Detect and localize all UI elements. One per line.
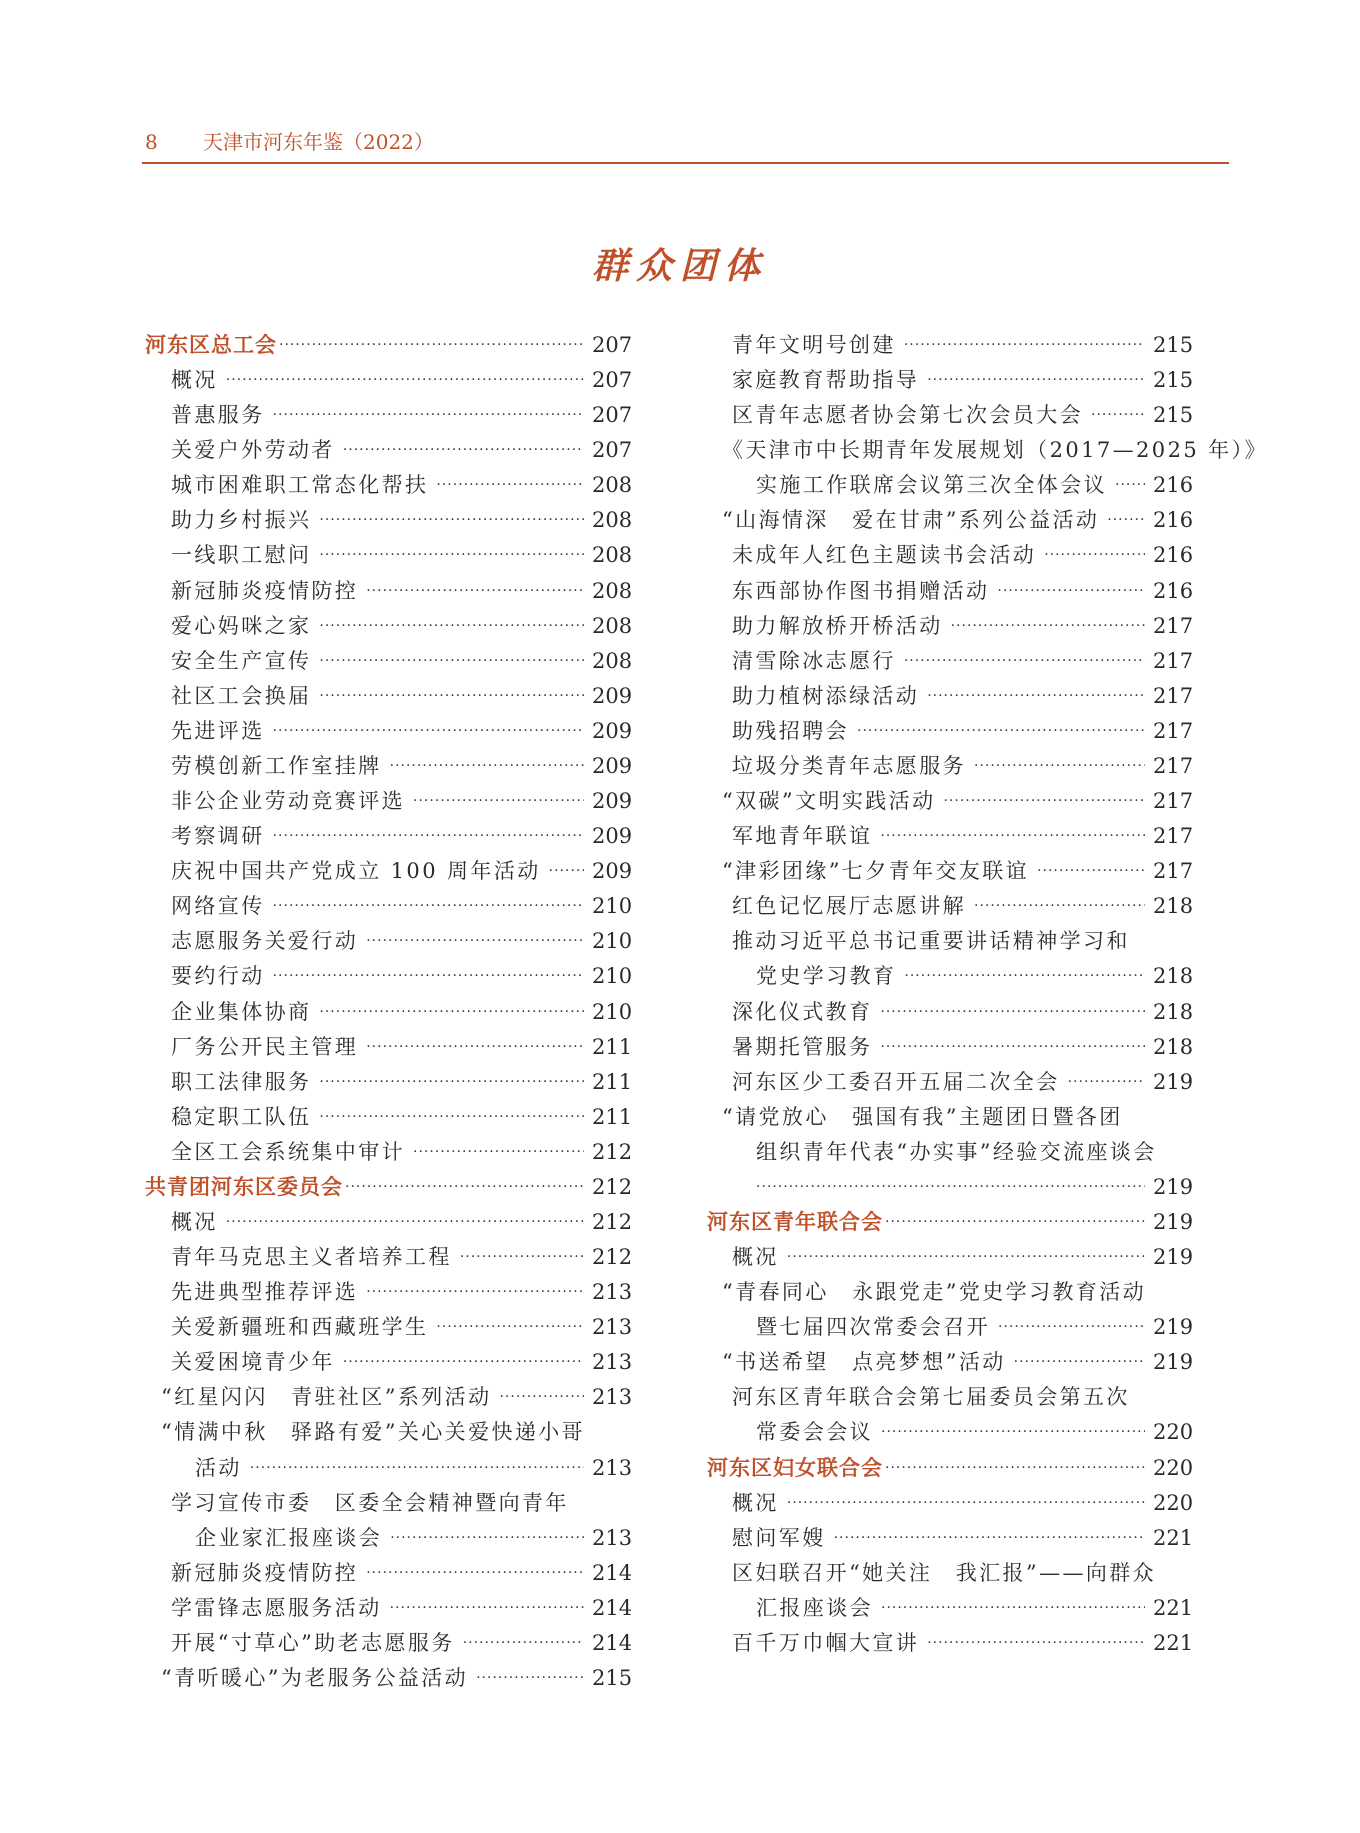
toc-entry-title: 常委会会议 — [756, 1417, 873, 1447]
dot-leader — [904, 646, 1145, 676]
toc-entry-title: 活动 — [195, 1453, 242, 1483]
toc-entry-title: 关爱新疆班和西藏班学生 — [171, 1312, 428, 1342]
toc-page-number: 213 — [592, 1453, 632, 1483]
toc-page-number: 215 — [1153, 400, 1193, 430]
toc-entry[interactable]: 东西部协作图书捐赠活动216 — [732, 576, 1193, 606]
toc-entry[interactable]: 推动习近平总书记重要讲话精神学习和 — [732, 926, 1193, 956]
dot-leader — [756, 1172, 1145, 1202]
dot-leader — [904, 330, 1145, 360]
dot-leader — [279, 330, 584, 360]
toc-entry-title: 垃圾分类青年志愿服务 — [732, 751, 966, 781]
toc-entry-title: 军地青年联谊 — [732, 821, 872, 851]
toc-entry-title: 先进评选 — [171, 716, 265, 746]
toc-page-number: 220 — [1153, 1453, 1193, 1483]
toc-entry[interactable]: 新冠肺炎疫情防控208 — [171, 576, 632, 606]
toc-page-number: 219 — [1153, 1172, 1193, 1202]
toc-page-number: 210 — [592, 891, 632, 921]
dot-leader — [904, 961, 1145, 991]
dot-leader — [319, 611, 584, 641]
toc-page-number: 217 — [1153, 786, 1193, 816]
toc-entry[interactable]: 先进典型推荐评选213 — [171, 1277, 632, 1307]
dot-leader — [834, 1523, 1145, 1553]
toc-entry[interactable]: 实施工作联席会议第三次全体会议216 — [756, 470, 1193, 500]
dot-leader — [951, 611, 1145, 641]
toc-entry[interactable]: 暑期托管服务218 — [732, 1032, 1193, 1062]
toc-page-number: 218 — [1153, 891, 1193, 921]
toc-entry[interactable]: 组织青年代表“办实事”经验交流座谈会 — [756, 1137, 1193, 1167]
toc-page-number: 217 — [1153, 751, 1193, 781]
toc-entry[interactable]: 区青年志愿者协会第七次会员大会215 — [732, 400, 1193, 430]
toc-entry-title: “山海情深 爱在甘肃”系列公益活动 — [722, 505, 1099, 535]
toc-entry-title: 安全生产宣传 — [171, 646, 311, 676]
header-rule — [142, 162, 1229, 164]
toc-page-number: 219 — [1153, 1242, 1193, 1272]
dot-leader — [998, 1312, 1145, 1342]
toc-page-number: 214 — [592, 1628, 632, 1658]
toc-page-number: 218 — [1153, 997, 1193, 1027]
toc-entry-title: 助力植树添绿活动 — [732, 681, 919, 711]
dot-leader — [499, 1382, 584, 1412]
dot-leader — [880, 1032, 1145, 1062]
toc-entry-title: “书送希望 点亮梦想”活动 — [722, 1347, 1006, 1377]
toc-entry-title: 汇报座谈会 — [756, 1593, 873, 1623]
toc-page-number: 209 — [592, 751, 632, 781]
dot-leader — [1044, 540, 1145, 570]
book-title: 天津市河东年鉴（2022） — [203, 130, 434, 154]
toc-page-number: 210 — [592, 997, 632, 1027]
toc-page-number: 216 — [1153, 576, 1193, 606]
toc-entry-title: 河东区总工会 — [145, 330, 277, 360]
toc-entry-title: 概况 — [732, 1488, 779, 1518]
toc-page-number: 219 — [1153, 1067, 1193, 1097]
toc-entry[interactable]: 百千万巾帼大宣讲221 — [732, 1628, 1193, 1658]
toc-page-number: 208 — [592, 576, 632, 606]
toc-entry-title: 助力乡村振兴 — [171, 505, 311, 535]
toc-entry[interactable]: 先进评选209 — [171, 716, 632, 746]
toc-entry[interactable]: 219 — [756, 1172, 1193, 1202]
dot-leader — [366, 1277, 584, 1307]
toc-entry-title: 要约行动 — [171, 961, 265, 991]
toc-entry[interactable]: “双碳”文明实践活动217 — [722, 786, 1193, 816]
dot-leader — [881, 1593, 1145, 1623]
toc-entry-title: 概况 — [732, 1242, 779, 1272]
toc-entry[interactable]: 企业家汇报座谈会213 — [195, 1523, 632, 1553]
dot-leader — [436, 470, 584, 500]
dot-leader — [885, 1207, 1145, 1237]
dot-leader — [390, 1523, 584, 1553]
dot-leader — [366, 1558, 584, 1588]
toc-page-number: 217 — [1153, 856, 1193, 886]
toc-entry-title: “情满中秋 驿路有爱”关心关爱快递小哥 — [161, 1417, 585, 1447]
dot-leader — [273, 961, 584, 991]
toc-page-number: 208 — [592, 540, 632, 570]
toc-entry-title: 党史学习教育 — [756, 961, 896, 991]
toc-entry[interactable]: 垃圾分类青年志愿服务217 — [732, 751, 1193, 781]
page-number: 8 — [145, 130, 203, 154]
toc-page-number: 221 — [1153, 1593, 1193, 1623]
toc-entry[interactable]: “青春同心 永跟党走”党史学习教育活动 — [722, 1277, 1193, 1307]
toc-entry[interactable]: 非公企业劳动竞赛评选209 — [171, 786, 632, 816]
toc-entry-title: 《天津市中长期青年发展规划（2017—2025 年）》 — [722, 435, 1268, 465]
toc-entry[interactable]: 活动213 — [195, 1453, 632, 1483]
toc-entry-title: 城市困难职工常态化帮扶 — [171, 470, 428, 500]
dot-leader — [885, 1453, 1145, 1483]
toc-entry-title: 一线职工慰问 — [171, 540, 311, 570]
toc-entry-title: 助力解放桥开桥活动 — [732, 611, 943, 641]
toc-entry-title: 关爱困境青少年 — [171, 1347, 335, 1377]
toc-entry-title: 全区工会系统集中审计 — [171, 1137, 405, 1167]
toc-entry-title: “红星闪闪 青驻社区”系列活动 — [161, 1382, 491, 1412]
toc-page-number: 213 — [592, 1523, 632, 1553]
toc-page-number: 209 — [592, 856, 632, 886]
toc-page-number: 212 — [592, 1242, 632, 1272]
toc-entry[interactable]: 河东区青年联合会第七届委员会第五次 — [732, 1382, 1193, 1412]
dot-leader — [226, 1207, 584, 1237]
toc-entry-title: 开展“寸草心”助老志愿服务 — [171, 1628, 455, 1658]
toc-entry[interactable]: 青年文明号创建215 — [732, 330, 1193, 360]
dot-leader — [436, 1312, 584, 1342]
toc-page-number: 214 — [592, 1558, 632, 1588]
toc-page-number: 217 — [1153, 646, 1193, 676]
dot-leader — [927, 1628, 1145, 1658]
toc-entry-title: 河东区少工委召开五届二次全会 — [732, 1067, 1060, 1097]
toc-entry[interactable]: 区妇联召开“她关注 我汇报”——向群众 — [732, 1558, 1193, 1588]
dot-leader — [366, 926, 584, 956]
toc-entry-title: 职工法律服务 — [171, 1067, 311, 1097]
toc-entry[interactable]: 新冠肺炎疫情防控214 — [171, 1558, 632, 1588]
toc-entry-title: 学雷锋志愿服务活动 — [171, 1593, 382, 1623]
toc-entry[interactable]: 概况212 — [171, 1207, 632, 1237]
toc-entry-title: 清雪除冰志愿行 — [732, 646, 896, 676]
toc-entry-title: 实施工作联席会议第三次全体会议 — [756, 470, 1107, 500]
toc-entry-title: 家庭教育帮助指导 — [732, 365, 919, 395]
dot-leader — [974, 891, 1145, 921]
dot-leader — [463, 1628, 584, 1658]
toc-entry[interactable]: 《天津市中长期青年发展规划（2017—2025 年）》 — [722, 435, 1193, 465]
toc-entry[interactable]: 安全生产宣传208 — [171, 646, 632, 676]
toc-entry[interactable]: 关爱新疆班和西藏班学生213 — [171, 1312, 632, 1342]
toc-entry-title: 共青团河东区委员会 — [145, 1172, 343, 1202]
toc-page-number: 220 — [1153, 1417, 1193, 1447]
toc-entry-title: 劳模创新工作室挂牌 — [171, 751, 382, 781]
toc-section-heading[interactable]: 共青团河东区委员会212 — [145, 1172, 632, 1202]
toc-page-number: 217 — [1153, 716, 1193, 746]
toc-page-number: 218 — [1153, 961, 1193, 991]
toc-entry[interactable]: “情满中秋 驿路有爱”关心关爱快递小哥 — [161, 1417, 632, 1447]
toc-entry-title: 企业集体协商 — [171, 997, 311, 1027]
toc-entry-title: 红色记忆展厅志愿讲解 — [732, 891, 966, 921]
toc-entry[interactable]: 概况207 — [171, 365, 632, 395]
toc-entry-title: 深化仪式教育 — [732, 997, 872, 1027]
toc-section-heading[interactable]: 河东区青年联合会219 — [707, 1207, 1193, 1237]
toc-entry[interactable]: 关爱户外劳动者207 — [171, 435, 632, 465]
dot-leader — [273, 400, 584, 430]
toc-page-number: 221 — [1153, 1628, 1193, 1658]
toc-page-number: 213 — [592, 1347, 632, 1377]
dot-leader — [927, 365, 1145, 395]
toc-entry-title: 稳定职工队伍 — [171, 1102, 311, 1132]
toc-page-number: 218 — [1153, 1032, 1193, 1062]
toc-entry[interactable]: 劳模创新工作室挂牌209 — [171, 751, 632, 781]
toc-entry[interactable]: 军地青年联谊217 — [732, 821, 1193, 851]
section-title: 群众团体 — [0, 238, 1360, 289]
toc-entry-title: “青听暖心”为老服务公益活动 — [161, 1663, 468, 1693]
toc-entry-title: “双碳”文明实践活动 — [722, 786, 935, 816]
toc-entry[interactable]: “请党放心 强国有我”主题团日暨各团 — [722, 1102, 1193, 1132]
dot-leader — [366, 576, 584, 606]
toc-page-number: 208 — [592, 646, 632, 676]
dot-leader — [1115, 470, 1145, 500]
toc-entry[interactable]: 助力植树添绿活动217 — [732, 681, 1193, 711]
toc-page-number: 217 — [1153, 681, 1193, 711]
toc-entry-title: 学习宣传市委 区委全会精神暨向青年 — [171, 1488, 569, 1518]
toc-page-number: 219 — [1153, 1312, 1193, 1342]
dot-leader — [881, 1417, 1145, 1447]
toc-page-number: 215 — [1153, 365, 1193, 395]
toc-page-number: 220 — [1153, 1488, 1193, 1518]
toc-entry[interactable]: 关爱困境青少年213 — [171, 1347, 632, 1377]
toc-page-number: 221 — [1153, 1523, 1193, 1553]
toc-page-number: 207 — [592, 400, 632, 430]
toc-entry-title: 网络宣传 — [171, 891, 265, 921]
toc-page-number: 209 — [592, 716, 632, 746]
toc-page-number: 217 — [1153, 821, 1193, 851]
dot-leader — [413, 1137, 584, 1167]
toc-page-number: 214 — [592, 1593, 632, 1623]
dot-leader — [549, 856, 584, 886]
toc-page-number: 216 — [1153, 540, 1193, 570]
toc-entry[interactable]: 深化仪式教育218 — [732, 997, 1193, 1027]
toc-entry[interactable]: 志愿服务关爱行动210 — [171, 926, 632, 956]
toc-page-number: 212 — [592, 1172, 632, 1202]
toc-entry[interactable]: “津彩团缘”七夕青年交友联谊217 — [722, 856, 1193, 886]
toc-page-number: 213 — [592, 1312, 632, 1342]
toc-entry-title: 河东区青年联合会 — [707, 1207, 883, 1237]
toc-entry-title: 新冠肺炎疫情防控 — [171, 1558, 358, 1588]
toc-entry-title: “津彩团缘”七夕青年交友联谊 — [722, 856, 1029, 886]
toc-entry-title: 区妇联召开“她关注 我汇报”——向群众 — [732, 1558, 1156, 1588]
dot-leader — [319, 997, 584, 1027]
toc-entry-title: 青年文明号创建 — [732, 330, 896, 360]
toc-entry-title: 先进典型推荐评选 — [171, 1277, 358, 1307]
dot-leader — [857, 716, 1145, 746]
dot-leader — [319, 681, 584, 711]
toc-page-number: 213 — [592, 1382, 632, 1412]
dot-leader — [319, 1102, 584, 1132]
toc-entry[interactable]: 汇报座谈会221 — [756, 1593, 1193, 1623]
dot-leader — [343, 1347, 584, 1377]
toc-page-number: 209 — [592, 681, 632, 711]
toc-entry[interactable]: 庆祝中国共产党成立 100 周年活动209 — [171, 856, 632, 886]
dot-leader — [345, 1172, 584, 1202]
toc-page-number: 207 — [592, 365, 632, 395]
dot-leader — [476, 1663, 584, 1693]
dot-leader — [390, 1593, 584, 1623]
toc-page-number: 219 — [1153, 1207, 1193, 1237]
toc-entry[interactable]: 一线职工慰问208 — [171, 540, 632, 570]
toc-entry-title: 东西部协作图书捐赠活动 — [732, 576, 989, 606]
toc-entry[interactable]: 普惠服务207 — [171, 400, 632, 430]
dot-leader — [273, 821, 584, 851]
toc-page-number: 211 — [592, 1032, 632, 1062]
toc-page-number: 213 — [592, 1277, 632, 1307]
toc-entry-title: 普惠服务 — [171, 400, 265, 430]
dot-leader — [927, 681, 1145, 711]
toc-entry[interactable]: 概况220 — [732, 1488, 1193, 1518]
toc-entry-title: 组织青年代表“办实事”经验交流座谈会 — [756, 1137, 1157, 1167]
toc-entry[interactable]: 全区工会系统集中审计212 — [171, 1137, 632, 1167]
toc-entry[interactable]: 慰问军嫂221 — [732, 1523, 1193, 1553]
toc-entry[interactable]: 暨七届四次常委会召开219 — [756, 1312, 1193, 1342]
dot-leader — [319, 540, 584, 570]
dot-leader — [974, 751, 1145, 781]
toc-page-number: 211 — [592, 1067, 632, 1097]
toc-page-number: 212 — [592, 1207, 632, 1237]
toc-page-number: 208 — [592, 470, 632, 500]
toc-entry[interactable]: 助残招聘会217 — [732, 716, 1193, 746]
toc-page-number: 215 — [1153, 330, 1193, 360]
toc-page-number: 208 — [592, 611, 632, 641]
toc-entry-title: “青春同心 永跟党走”党史学习教育活动 — [722, 1277, 1146, 1307]
toc-entry[interactable]: 稳定职工队伍211 — [171, 1102, 632, 1132]
toc-entry-title: 企业家汇报座谈会 — [195, 1523, 382, 1553]
toc-entry[interactable]: 开展“寸草心”助老志愿服务214 — [171, 1628, 632, 1658]
dot-leader — [880, 821, 1145, 851]
toc-entry[interactable]: 要约行动210 — [171, 961, 632, 991]
toc-entry-title: “请党放心 强国有我”主题团日暨各团 — [722, 1102, 1123, 1132]
dot-leader — [366, 1032, 584, 1062]
dot-leader — [460, 1242, 584, 1272]
toc-page-number: 210 — [592, 926, 632, 956]
toc-entry-title: 区青年志愿者协会第七次会员大会 — [732, 400, 1083, 430]
dot-leader — [319, 505, 584, 535]
toc-entry-title: 庆祝中国共产党成立 100 周年活动 — [171, 856, 541, 886]
toc-entry-title: 爱心妈咪之家 — [171, 611, 311, 641]
dot-leader — [1014, 1347, 1145, 1377]
toc-entry-title: 厂务公开民主管理 — [171, 1032, 358, 1062]
toc-page-number: 210 — [592, 961, 632, 991]
dot-leader — [787, 1488, 1145, 1518]
dot-leader — [1091, 400, 1145, 430]
toc-page-number: 215 — [592, 1663, 632, 1693]
toc-entry[interactable]: 职工法律服务211 — [171, 1067, 632, 1097]
toc-entry[interactable]: 网络宣传210 — [171, 891, 632, 921]
toc-entry-title: 慰问军嫂 — [732, 1523, 826, 1553]
dot-leader — [880, 997, 1145, 1027]
toc-entry[interactable]: 社区工会换届209 — [171, 681, 632, 711]
dot-leader — [1068, 1067, 1145, 1097]
toc-entry[interactable]: 助力乡村振兴208 — [171, 505, 632, 535]
toc-entry-title: 新冠肺炎疫情防控 — [171, 576, 358, 606]
toc-entry-title: 助残招聘会 — [732, 716, 849, 746]
toc-page-number: 216 — [1153, 505, 1193, 535]
toc-entry[interactable]: 家庭教育帮助指导215 — [732, 365, 1193, 395]
toc-page-number: 217 — [1153, 611, 1193, 641]
toc-page-number: 208 — [592, 505, 632, 535]
dot-leader — [250, 1453, 584, 1483]
toc-entry-title: 暑期托管服务 — [732, 1032, 872, 1062]
dot-leader — [343, 435, 584, 465]
toc-entry-title: 概况 — [171, 1207, 218, 1237]
toc-entry-title: 关爱户外劳动者 — [171, 435, 335, 465]
toc-entry-title: 概况 — [171, 365, 218, 395]
dot-leader — [413, 786, 584, 816]
toc-entry[interactable]: 企业集体协商210 — [171, 997, 632, 1027]
toc-entry-title: 百千万巾帼大宣讲 — [732, 1628, 919, 1658]
dot-leader — [787, 1242, 1145, 1272]
dot-leader — [390, 751, 584, 781]
dot-leader — [319, 1067, 584, 1097]
dot-leader — [1037, 856, 1145, 886]
toc-entry-title: 河东区妇女联合会 — [707, 1453, 883, 1483]
toc-entry[interactable]: 红色记忆展厅志愿讲解218 — [732, 891, 1193, 921]
toc-page-number: 216 — [1153, 470, 1193, 500]
toc-entry-title: 非公企业劳动竞赛评选 — [171, 786, 405, 816]
toc-entry-title: 未成年人红色主题读书会活动 — [732, 540, 1036, 570]
toc-page-number: 211 — [592, 1102, 632, 1132]
toc-entry[interactable]: “青听暖心”为老服务公益活动215 — [161, 1663, 632, 1693]
dot-leader — [319, 646, 584, 676]
toc-entry[interactable]: 学雷锋志愿服务活动214 — [171, 1593, 632, 1623]
toc-entry[interactable]: “书送希望 点亮梦想”活动219 — [722, 1347, 1193, 1377]
toc-entry-title: 考察调研 — [171, 821, 265, 851]
toc-entry[interactable]: “红星闪闪 青驻社区”系列活动213 — [161, 1382, 632, 1412]
toc-page-number: 209 — [592, 786, 632, 816]
dot-leader — [226, 365, 584, 395]
toc-entry[interactable]: 河东区少工委召开五届二次全会219 — [732, 1067, 1193, 1097]
toc-section-heading[interactable]: 河东区妇女联合会220 — [707, 1453, 1193, 1483]
dot-leader — [997, 576, 1145, 606]
toc-entry[interactable]: 党史学习教育218 — [756, 961, 1193, 991]
toc-page-number: 207 — [592, 435, 632, 465]
toc-page-number: 212 — [592, 1137, 632, 1167]
toc-entry-title: 暨七届四次常委会召开 — [756, 1312, 990, 1342]
toc-page-number: 207 — [592, 330, 632, 360]
toc-entry[interactable]: 青年马克思主义者培养工程212 — [171, 1242, 632, 1272]
toc-entry[interactable]: 厂务公开民主管理211 — [171, 1032, 632, 1062]
toc-entry[interactable]: 考察调研209 — [171, 821, 632, 851]
running-header: 8天津市河东年鉴（2022） — [145, 126, 434, 155]
toc-entry[interactable]: 概况219 — [732, 1242, 1193, 1272]
toc-entry[interactable]: 清雪除冰志愿行217 — [732, 646, 1193, 676]
dot-leader — [943, 786, 1145, 816]
dot-leader — [1107, 505, 1145, 535]
toc-page-number: 219 — [1153, 1347, 1193, 1377]
toc-entry[interactable]: 常委会会议220 — [756, 1417, 1193, 1447]
toc-entry[interactable]: 学习宣传市委 区委全会精神暨向青年 — [171, 1488, 632, 1518]
toc-entry[interactable]: “山海情深 爱在甘肃”系列公益活动216 — [722, 505, 1193, 535]
toc-section-heading[interactable]: 河东区总工会207 — [145, 330, 632, 360]
toc-entry-title: 志愿服务关爱行动 — [171, 926, 358, 956]
toc-entry[interactable]: 助力解放桥开桥活动217 — [732, 611, 1193, 641]
toc-entry[interactable]: 爱心妈咪之家208 — [171, 611, 632, 641]
toc-entry-title: 青年马克思主义者培养工程 — [171, 1242, 452, 1272]
toc-entry-title: 河东区青年联合会第七届委员会第五次 — [732, 1382, 1130, 1412]
toc-entry-title: 社区工会换届 — [171, 681, 311, 711]
toc-entry[interactable]: 城市困难职工常态化帮扶208 — [171, 470, 632, 500]
toc-entry-title: 推动习近平总书记重要讲话精神学习和 — [732, 926, 1130, 956]
toc-entry[interactable]: 未成年人红色主题读书会活动216 — [732, 540, 1193, 570]
toc-page-number: 209 — [592, 821, 632, 851]
dot-leader — [273, 716, 584, 746]
dot-leader — [273, 891, 584, 921]
